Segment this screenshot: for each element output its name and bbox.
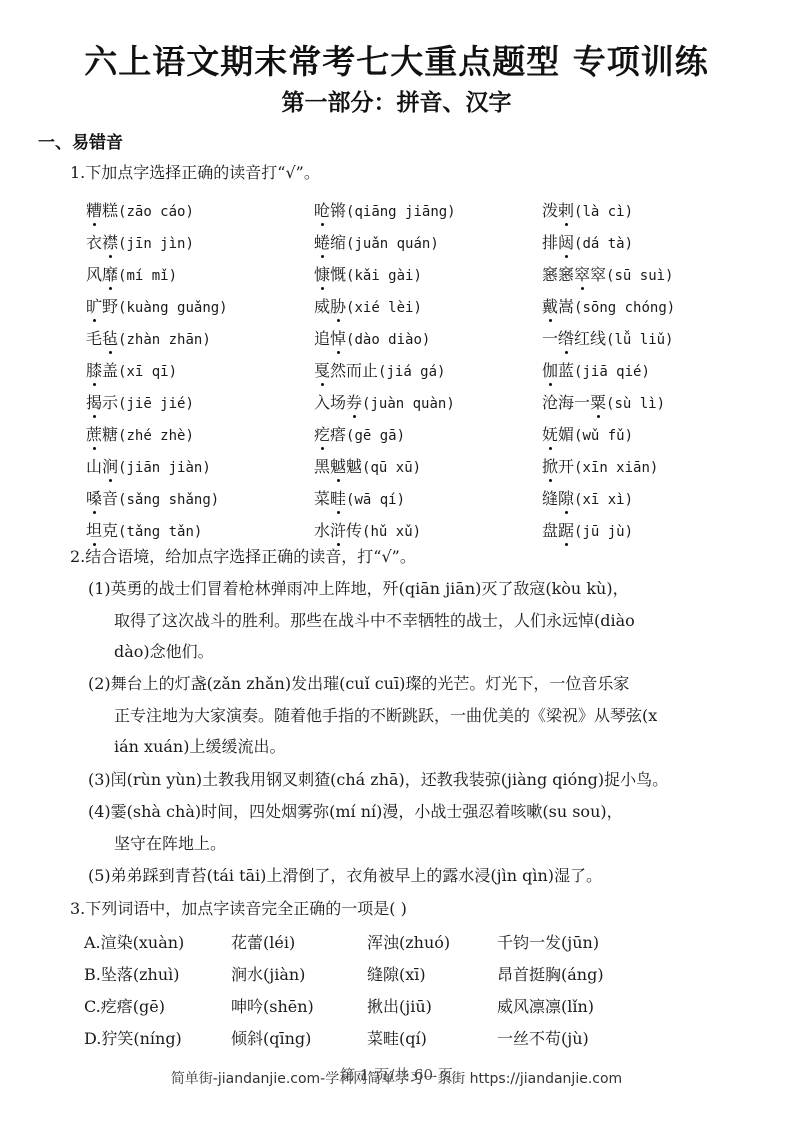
pinyin-choice-grid: 糟糕(zāo cáo)呛锵(qiāng jiāng)泼剌(là cì)衣襟(jī… xyxy=(86,193,766,545)
option-cell: 菜畦(qí) xyxy=(367,1026,497,1049)
word-item[interactable]: 戛然而止(jiá gá) xyxy=(314,358,542,381)
word-item[interactable]: 糟糕(zāo cáo) xyxy=(86,198,314,221)
dotted-character: 绺 xyxy=(558,326,574,349)
word-item[interactable]: 盘踞(jū jù) xyxy=(542,518,766,541)
word-part: 追 xyxy=(314,329,330,348)
word-item[interactable]: 揭示(jiē jié) xyxy=(86,390,314,413)
option-b-row[interactable]: B.坠落(zhuì) 涧水(jiàn) 缝隙(xī) 昂首挺胸(áng) xyxy=(84,962,647,985)
pinyin-choices: (xié lèi) xyxy=(346,300,422,316)
word-part: 窣 xyxy=(590,265,606,284)
pinyin-choices: (là cì) xyxy=(574,204,633,220)
word-part: 缝 xyxy=(542,489,558,508)
dotted-character: 糟 xyxy=(86,198,102,221)
dotted-character: 剌 xyxy=(558,198,574,221)
word-part: 黑 xyxy=(314,457,330,476)
dotted-character: 魆 xyxy=(330,454,346,477)
dotted-character: 伽 xyxy=(542,358,558,381)
word-item[interactable]: 蜷缩(juǎn quán) xyxy=(314,230,542,253)
pinyin-choices: (jiē jié) xyxy=(118,396,194,412)
dotted-character: 旷 xyxy=(86,294,102,317)
option-cell: D.狞笑(níng) xyxy=(84,1026,231,1049)
dotted-character: 踞 xyxy=(558,518,574,541)
word-part: 泼 xyxy=(542,201,558,220)
dotted-character: 掀 xyxy=(542,454,558,477)
pinyin-choices: (zhàn zhān) xyxy=(118,332,211,348)
word-part: 盖 xyxy=(102,361,118,380)
word-item[interactable]: 蔗糖(zhé zhè) xyxy=(86,422,314,445)
word-part: 沧海一 xyxy=(542,393,590,412)
word-part: 野 xyxy=(102,297,118,316)
pinyin-choices: (sǎng shǎng) xyxy=(118,492,219,508)
pinyin-choices: (jiā qié) xyxy=(574,364,650,380)
word-item[interactable]: 窸窸窣窣(sū suì) xyxy=(542,262,766,285)
word-part: 传 xyxy=(346,521,362,540)
word-part: 示 xyxy=(102,393,118,412)
word-item[interactable]: 掀开(xīn xiān) xyxy=(542,454,766,477)
word-part: 魆 xyxy=(346,457,362,476)
word-item[interactable]: 泼剌(là cì) xyxy=(542,198,766,221)
dotted-character: 胁 xyxy=(330,294,346,317)
word-part: 开 xyxy=(558,457,574,476)
dotted-character: 妩 xyxy=(542,422,558,445)
word-item[interactable]: 一绺红线(lǚ liǔ) xyxy=(542,326,766,349)
item-line: (4)霎(shà chà)时间，四处烟雾弥(mí ní)漫，小战士强忍着咳嗽(s… xyxy=(88,802,623,821)
word-part: 盘 xyxy=(542,521,558,540)
word-part: 嵩 xyxy=(558,297,574,316)
item-line: (1)英勇的战士们冒着枪林弹雨冲上阵地，歼(qiān jiān)灭了敌寇(kòu… xyxy=(88,579,629,598)
pinyin-choices: (juàn quàn) xyxy=(362,396,455,412)
word-item[interactable]: 菜畦(wā qí) xyxy=(314,486,542,509)
grid-row: 毛毡(zhàn zhān)追悼(dào diào)一绺红线(lǚ liǔ) xyxy=(86,321,766,353)
watermark-footer[interactable]: 简单街-jiandanjie.com-学科网简单学习一条街 https://ji… xyxy=(0,1068,793,1088)
pinyin-choices: (mí mǐ) xyxy=(118,268,177,284)
item-line: 正专注地为大家演奏。随着他手指的不断跳跃，一曲优美的《梁祝》从琴弦(x xyxy=(88,700,748,732)
dotted-character: 襟 xyxy=(102,230,118,253)
option-cell: 涧水(jiàn) xyxy=(231,962,367,985)
option-cell: 一丝不苟(jù) xyxy=(497,1026,647,1049)
word-part: 风 xyxy=(86,265,102,284)
word-part: 锵 xyxy=(330,201,346,220)
dotted-character: 涧 xyxy=(102,454,118,477)
option-cell: 昂首挺胸(áng) xyxy=(497,962,647,985)
word-part: 菜 xyxy=(314,489,330,508)
pinyin-choices: (kuàng guǎng) xyxy=(118,300,228,316)
section-heading: 一、易错音 xyxy=(38,128,123,153)
word-item[interactable]: 戴嵩(sōng chóng) xyxy=(542,294,766,317)
word-part: 毛 xyxy=(86,329,102,348)
option-cell: A.渲染(xuàn) xyxy=(84,930,231,953)
word-item[interactable]: 毛毡(zhàn zhān) xyxy=(86,326,314,349)
option-cell: 缝隙(xī) xyxy=(367,962,497,985)
word-part: 克 xyxy=(102,521,118,540)
item-line: (5)弟弟踩到青苔(tái tāi)上滑倒了，衣角被早上的露水浸(jìn qìn… xyxy=(88,866,602,885)
page-title: 六上语文期末常考七大重点题型 专项训练 xyxy=(0,36,793,83)
pinyin-choices: (jīn jìn) xyxy=(118,236,194,252)
dotted-character: 嗓 xyxy=(86,486,102,509)
grid-row: 旷野(kuàng guǎng)威胁(xié lèi)戴嵩(sōng chóng) xyxy=(86,289,766,321)
word-part: 糕 xyxy=(102,201,118,220)
dotted-character: 悼 xyxy=(330,326,346,349)
item-line: 坚守在阵地上。 xyxy=(88,828,748,860)
word-item[interactable]: 水浒传(hǔ xǔ) xyxy=(314,518,542,541)
word-part: 窸窸 xyxy=(542,265,574,284)
word-item[interactable]: 慷慨(kǎi gài) xyxy=(314,262,542,285)
pinyin-choices: (zhé zhè) xyxy=(118,428,194,444)
option-cell: 威风凛凛(lǐn) xyxy=(497,994,647,1017)
option-cell: 花蕾(léi) xyxy=(231,930,367,953)
pinyin-choices: (hǔ xǔ) xyxy=(362,524,421,540)
pinyin-choices: (gē gā) xyxy=(346,428,405,444)
dotted-character: 揭 xyxy=(86,390,102,413)
dotted-character: 慷 xyxy=(314,262,330,285)
pinyin-choices: (xī qī) xyxy=(118,364,177,380)
word-item[interactable]: 呛锵(qiāng jiāng) xyxy=(314,198,542,221)
dotted-character: 戛 xyxy=(314,358,330,381)
option-d-row[interactable]: D.狞笑(níng) 倾斜(qīng) 菜畦(qí) 一丝不苟(jù) xyxy=(84,1026,647,1049)
grid-row: 风靡(mí mǐ)慷慨(kǎi gài)窸窸窣窣(sū suì) xyxy=(86,257,766,289)
word-part: 糖 xyxy=(102,425,118,444)
option-c-row[interactable]: C.疙瘩(gē) 呻吟(shēn) 揪出(jiū) 威风凛凛(lǐn) xyxy=(84,994,647,1017)
word-part: 缩 xyxy=(330,233,346,252)
grid-row: 衣襟(jīn jìn)蜷缩(juǎn quán)排闼(dá tà) xyxy=(86,225,766,257)
word-item[interactable]: 嗓音(sǎng shǎng) xyxy=(86,486,314,509)
option-cell: 倾斜(qīng) xyxy=(231,1026,367,1049)
dotted-character: 靡 xyxy=(102,262,118,285)
word-item[interactable]: 黑魆魆(qū xū) xyxy=(314,454,542,477)
grid-row: 膝盖(xī qī)戛然而止(jiá gá)伽蓝(jiā qié) xyxy=(86,353,766,385)
pinyin-choices: (tǎng tǎn) xyxy=(118,524,202,540)
word-part: 音 xyxy=(102,489,118,508)
word-item[interactable]: 妩媚(wǔ fǔ) xyxy=(542,422,766,445)
word-item[interactable]: 排闼(dá tà) xyxy=(542,230,766,253)
option-cell: 浑浊(zhuó) xyxy=(367,930,497,953)
option-cell: 揪出(jiū) xyxy=(367,994,497,1017)
pinyin-choices: (dá tà) xyxy=(574,236,633,252)
word-part: 一 xyxy=(542,329,558,348)
dotted-character: 粟 xyxy=(590,390,606,413)
pinyin-choices: (xīn xiān) xyxy=(574,460,658,476)
question-3-prompt: 3.下列词语中，加点字读音完全正确的一项是( ) xyxy=(70,899,407,919)
dotted-character: 闼 xyxy=(558,230,574,253)
word-part: 瘩 xyxy=(330,425,346,444)
pinyin-choices: (wā qí) xyxy=(346,492,405,508)
word-item[interactable]: 伽蓝(jiā qié) xyxy=(542,358,766,381)
dotted-character: 券 xyxy=(346,390,362,413)
dotted-character: 戴 xyxy=(542,294,558,317)
word-part: 蓝 xyxy=(558,361,574,380)
pinyin-choices: (juǎn quán) xyxy=(346,236,439,252)
option-cell: B.坠落(zhuì) xyxy=(84,962,231,985)
word-item[interactable]: 山涧(jiān jiàn) xyxy=(86,454,314,477)
word-item[interactable]: 坦克(tǎng tǎn) xyxy=(86,518,314,541)
option-a-row[interactable]: A.渲染(xuàn) 花蕾(léi) 浑浊(zhuó) 千钧一发(jūn) xyxy=(84,930,647,953)
word-item[interactable]: 衣襟(jīn jìn) xyxy=(86,230,314,253)
pinyin-choices: (wǔ fǔ) xyxy=(574,428,633,444)
word-item[interactable]: 沧海一粟(sù lì) xyxy=(542,390,766,413)
pinyin-choices: (jū jù) xyxy=(574,524,633,540)
option-cell: C.疙瘩(gē) xyxy=(84,994,231,1017)
pinyin-choices: (zāo cáo) xyxy=(118,204,194,220)
grid-row: 揭示(jiē jié)入场券(juàn quàn)沧海一粟(sù lì) xyxy=(86,385,766,417)
word-item[interactable]: 入场券(juàn quàn) xyxy=(314,390,542,413)
pinyin-choices: (sū suì) xyxy=(606,268,673,284)
word-item[interactable]: 疙瘩(gē gā) xyxy=(314,422,542,445)
word-part: 然而止 xyxy=(330,361,378,380)
word-item[interactable]: 风靡(mí mǐ) xyxy=(86,262,314,285)
option-cell: 呻吟(shēn) xyxy=(231,994,367,1017)
word-part: 水 xyxy=(314,521,330,540)
word-part: 慨 xyxy=(330,265,346,284)
word-item[interactable]: 旷野(kuàng guǎng) xyxy=(86,294,314,317)
dotted-character: 蜷 xyxy=(314,230,330,253)
dotted-character: 窣 xyxy=(574,262,590,285)
dotted-character: 浒 xyxy=(330,518,346,541)
word-part: 衣 xyxy=(86,233,102,252)
grid-row: 糟糕(zāo cáo)呛锵(qiāng jiāng)泼剌(là cì) xyxy=(86,193,766,225)
pinyin-choices: (jiān jiàn) xyxy=(118,460,211,476)
word-item[interactable]: 膝盖(xī qī) xyxy=(86,358,314,381)
word-part: 山 xyxy=(86,457,102,476)
dotted-character: 疙 xyxy=(314,422,330,445)
item-line: (2)舞台上的灯盏(zǎn zhǎn)发出璀(cuǐ cuī)璨的光芒。灯光下，… xyxy=(88,674,629,693)
pinyin-choices: (kǎi gài) xyxy=(346,268,422,284)
dotted-character: 呛 xyxy=(314,198,330,221)
grid-row: 山涧(jiān jiàn)黑魆魆(qū xū)掀开(xīn xiān) xyxy=(86,449,766,481)
pinyin-choices: (xī xì) xyxy=(574,492,633,508)
option-cell: 千钧一发(jūn) xyxy=(497,930,647,953)
pinyin-choices: (qiāng jiāng) xyxy=(346,204,456,220)
pinyin-choices: (qū xū) xyxy=(362,460,421,476)
question-2-prompt: 2.结合语境，给加点字选择正确的读音，打“√”。 xyxy=(70,547,416,567)
word-item[interactable]: 追悼(dào diào) xyxy=(314,326,542,349)
dotted-character: 隙 xyxy=(558,486,574,509)
grid-row: 蔗糖(zhé zhè)疙瘩(gē gā)妩媚(wǔ fǔ) xyxy=(86,417,766,449)
page-subtitle: 第一部分：拼音、汉字 xyxy=(0,84,793,117)
dotted-character: 坦 xyxy=(86,518,102,541)
item-line: ián xuán)上缓缓流出。 xyxy=(88,731,748,763)
dotted-character: 蔗 xyxy=(86,422,102,445)
question-2-item-5: (5)弟弟踩到青苔(tái tāi)上滑倒了，衣角被早上的露水浸(jìn qìn… xyxy=(88,860,748,892)
question-2-item-1: (1)英勇的战士们冒着枪林弹雨冲上阵地，歼(qiān jiān)灭了敌寇(kòu… xyxy=(88,573,748,668)
word-part: 红线 xyxy=(574,329,606,348)
pinyin-choices: (dào diào) xyxy=(346,332,430,348)
item-line: (3)闰(rùn yùn)土教我用钢叉刺猹(chá zhā)，还教我装弶(jià… xyxy=(88,770,668,789)
word-part: 媚 xyxy=(558,425,574,444)
dotted-character: 畦 xyxy=(330,486,346,509)
dotted-character: 膝 xyxy=(86,358,102,381)
question-2-item-3: (3)闰(rùn yùn)土教我用钢叉刺猹(chá zhā)，还教我装弶(jià… xyxy=(88,764,748,796)
item-line: dào)念他们。 xyxy=(88,636,748,668)
word-part: 排 xyxy=(542,233,558,252)
item-line: 取得了这次战斗的胜利。那些在战斗中不幸牺牲的战士，人们永远悼(diào xyxy=(88,605,748,637)
pinyin-choices: (lǚ liǔ) xyxy=(606,332,673,348)
question-2-item-4: (4)霎(shà chà)时间，四处烟雾弥(mí ní)漫，小战士强忍着咳嗽(s… xyxy=(88,796,748,859)
grid-row: 坦克(tǎng tǎn)水浒传(hǔ xǔ)盘踞(jū jù) xyxy=(86,513,766,545)
word-item[interactable]: 缝隙(xī xì) xyxy=(542,486,766,509)
pinyin-choices: (sù lì) xyxy=(606,396,665,412)
word-part: 入场 xyxy=(314,393,346,412)
grid-row: 嗓音(sǎng shǎng)菜畦(wā qí)缝隙(xī xì) xyxy=(86,481,766,513)
question-1-prompt: 1.下加点字选择正确的读音打“√”。 xyxy=(70,163,320,183)
pinyin-choices: (jiá gá) xyxy=(378,364,445,380)
question-2-item-2: (2)舞台上的灯盏(zǎn zhǎn)发出璀(cuǐ cuī)璨的光芒。灯光下，… xyxy=(88,668,748,763)
word-part: 威 xyxy=(314,297,330,316)
dotted-character: 毡 xyxy=(102,326,118,349)
word-item[interactable]: 威胁(xié lèi) xyxy=(314,294,542,317)
pinyin-choices: (sōng chóng) xyxy=(574,300,675,316)
